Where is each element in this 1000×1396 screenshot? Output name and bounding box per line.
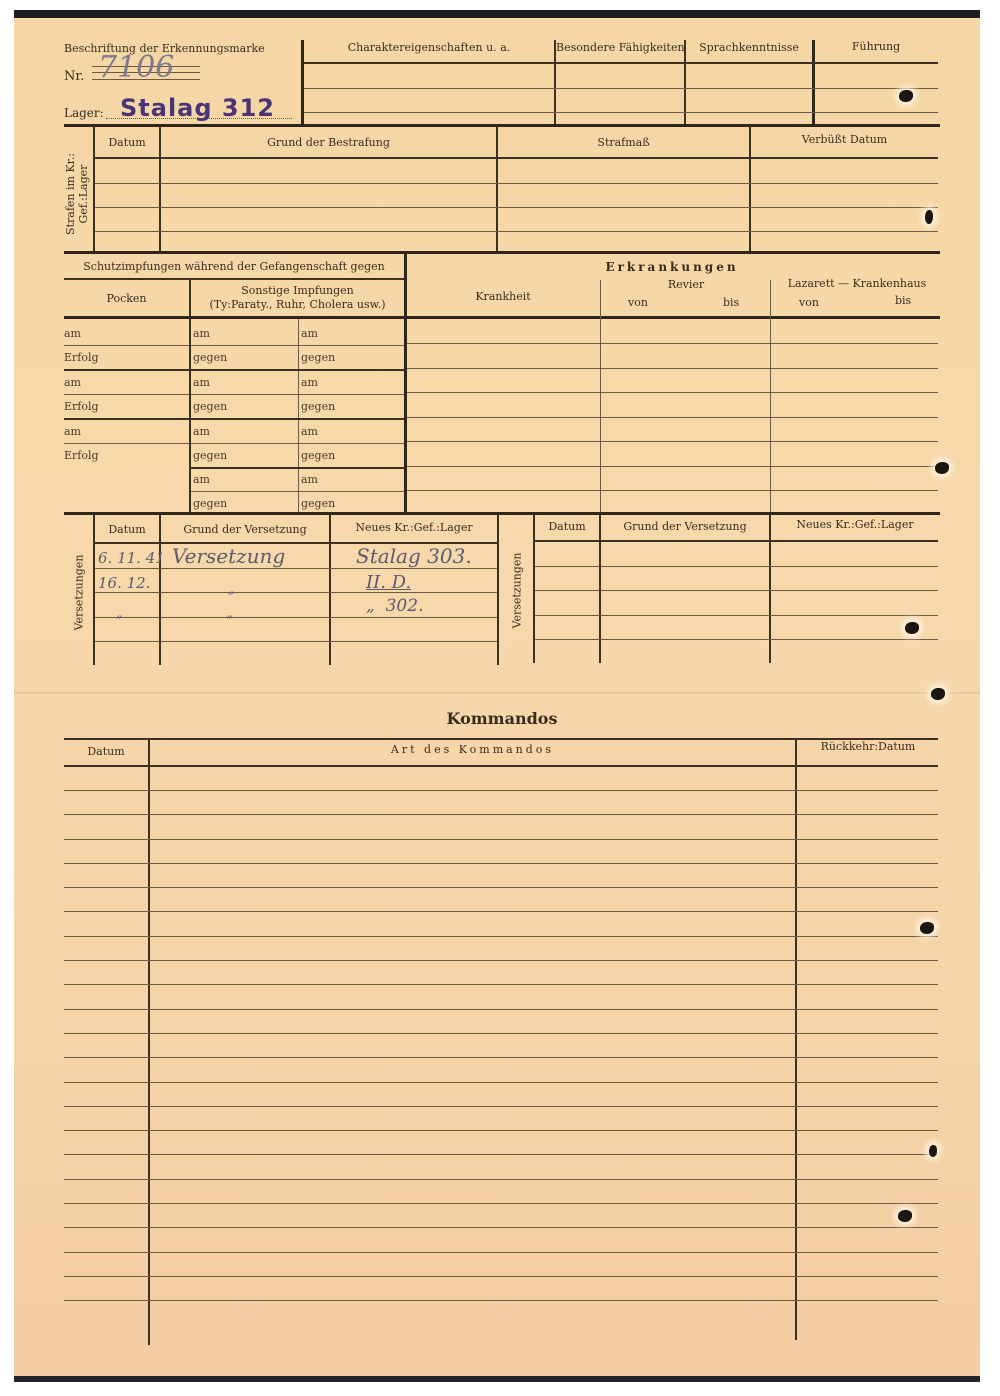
rule: [304, 88, 938, 89]
strafen-col-strafmass: Strafmaß: [498, 136, 749, 149]
revier-von: von: [628, 296, 648, 309]
erkrankungen-title: Erkrankungen: [406, 260, 938, 274]
rule: [535, 566, 938, 567]
revier-bis: bis: [723, 296, 739, 309]
divider: [159, 515, 161, 665]
kommandos-title: Kommandos: [64, 709, 940, 728]
kommandos-col-datum: Datum: [64, 745, 148, 758]
lager-label: Lager:: [64, 106, 104, 120]
kommandos-row-rule: [64, 863, 938, 864]
versetzungen-col-lager-left: Neues Kr.:Gef.:Lager: [331, 521, 497, 534]
header-col-sprachen: Sprachkenntnisse: [686, 41, 812, 54]
rule: [95, 207, 938, 208]
sonstige-r1-a: am: [193, 327, 210, 340]
impfungen-col-sonstige-1: Sonstige Impfungen: [191, 284, 404, 297]
versetzung-2-lager: II. D.: [366, 572, 411, 593]
versetzungen-col-grund-left: Grund der Versetzung: [161, 523, 329, 536]
sonstige-r4-b: gegen: [301, 400, 335, 413]
rule: [191, 394, 404, 395]
kommandos-row-rule: [64, 911, 938, 912]
versetzung-1-lager: Stalag 303.: [356, 544, 472, 568]
rule: [191, 418, 404, 420]
kommandos-row-rule: [64, 1203, 938, 1204]
kommandos-col-art: Art des Kommandos: [150, 743, 795, 756]
kommandos-row-rule: [64, 1106, 938, 1107]
versetzungen-side-label-left: Versetzungen: [73, 543, 86, 643]
strafen-side-label-1: Strafen im Kr.:: [64, 153, 77, 235]
versetzungen-col-datum-left: Datum: [95, 523, 159, 536]
rule: [64, 278, 406, 280]
divider: [769, 515, 771, 663]
rule: [535, 639, 938, 640]
kommandos-row-rule: [64, 1009, 938, 1010]
punch-hole: [905, 622, 919, 634]
divider: [329, 515, 331, 665]
lazarett-bis: bis: [895, 294, 911, 307]
pocken-row-2: Erfolg: [64, 351, 99, 364]
lager-stamp: Stalag 312: [120, 94, 275, 122]
erkrankungen-col-lazarett: Lazarett — Krankenhaus: [772, 277, 942, 290]
strafen-col-verbuesst: Verbüßt Datum: [751, 133, 938, 146]
kommandos-row-rule: [64, 1300, 938, 1301]
lazarett-von: von: [799, 296, 819, 309]
header-col-faehigkeiten: Besondere Fähigkeiten: [556, 41, 684, 54]
rule: [407, 392, 938, 393]
nr-value: 7106: [98, 50, 174, 85]
divider: [770, 280, 771, 512]
versetzungen-col-grund-right: Grund der Versetzung: [601, 520, 769, 533]
rule: [64, 345, 189, 346]
sonstige-r5-a: am: [193, 425, 210, 438]
erkrankungen-col-revier: Revier: [602, 278, 770, 291]
rule: [407, 343, 938, 344]
rule: [95, 617, 497, 618]
rule: [191, 491, 404, 492]
kommandos-row-rule: [64, 1227, 938, 1228]
pocken-row-3: am: [64, 376, 81, 389]
versetzung-2-grund: „: [228, 582, 235, 597]
rule: [64, 765, 938, 767]
impfungen-title: Schutzimpfungen während der Gefangenscha…: [64, 260, 404, 273]
rule: [304, 112, 938, 113]
rule: [95, 183, 938, 184]
punch-hole: [925, 210, 933, 224]
kommandos-row-rule: [64, 1130, 938, 1131]
impfungen-col-sonstige-2: (Ty:Paraty., Ruhr, Cholera usw.): [191, 298, 404, 311]
rule: [191, 369, 404, 371]
kommandos-row-rule: [64, 1252, 938, 1253]
strafen-side-label-2: Gef.:Lager: [77, 165, 90, 224]
punch-hole: [920, 922, 934, 934]
paper-fold: [14, 692, 980, 694]
impfungen-col-pocken: Pocken: [64, 292, 189, 305]
kommandos-row-rule: [64, 960, 938, 961]
kommandos-row-rule: [64, 1179, 938, 1180]
sonstige-r4-a: gegen: [193, 400, 227, 413]
sonstige-r8-a: gegen: [193, 497, 227, 510]
rule: [64, 394, 189, 395]
versetzung-1-grund: Versetzung: [172, 544, 285, 568]
rule: [64, 443, 189, 444]
divider: [600, 280, 601, 512]
rule: [64, 512, 940, 515]
strafen-col-grund: Grund der Bestrafung: [161, 136, 496, 149]
divider: [93, 515, 95, 665]
sonstige-r5-b: am: [301, 425, 318, 438]
punch-hole: [898, 1210, 912, 1222]
kommandos-row-rule: [64, 1082, 938, 1083]
kommandos-row-rule: [64, 790, 938, 791]
sonstige-r2-b: gegen: [301, 351, 335, 364]
rule: [95, 592, 497, 593]
rule: [535, 615, 938, 616]
sonstige-r6-b: gegen: [301, 449, 335, 462]
sonstige-r3-b: am: [301, 376, 318, 389]
rule: [64, 124, 940, 127]
sonstige-r7-b: am: [301, 473, 318, 486]
kommandos-row-rule: [64, 1057, 938, 1058]
divider: [599, 515, 601, 663]
rule: [407, 368, 938, 369]
strafen-side-label: Strafen im Kr.: Gef.:Lager: [64, 139, 90, 249]
kommandos-row-rule: [64, 984, 938, 985]
nr-label: Nr.: [64, 69, 84, 84]
rule: [64, 316, 940, 319]
sonstige-r1-b: am: [301, 327, 318, 340]
sonstige-r3-a: am: [193, 376, 210, 389]
rule: [407, 490, 938, 491]
pocken-row-1: am: [64, 327, 81, 340]
strafen-col-datum: Datum: [95, 136, 159, 149]
divider: [533, 515, 535, 663]
rule: [191, 467, 404, 469]
rule: [95, 157, 938, 159]
punch-hole: [935, 462, 949, 474]
pocken-row-4: Erfolg: [64, 400, 99, 413]
kommandos-row-rule: [64, 1033, 938, 1034]
versetzung-2-datum: 16. 12.: [98, 574, 150, 592]
rule: [95, 231, 938, 232]
sonstige-r8-b: gegen: [301, 497, 335, 510]
pocken-row-6: Erfolg: [64, 449, 99, 462]
punch-hole: [899, 90, 913, 102]
rule: [64, 251, 940, 254]
kommandos-col-rueckkehr: Rückkehr:Datum: [797, 740, 939, 753]
divider: [298, 318, 299, 514]
sonstige-r6-a: gegen: [193, 449, 227, 462]
kommandos-row-rule: [64, 839, 938, 840]
rule: [304, 62, 938, 64]
divider: [497, 515, 499, 665]
header-col-fuehrung: Führung: [815, 40, 937, 53]
erkrankungen-col-krankheit: Krankheit: [406, 290, 600, 303]
header-col-charakter: Charaktereigenschaften u. a.: [304, 41, 554, 54]
divider: [148, 740, 150, 1345]
kommandos-row-rule: [64, 936, 938, 937]
rule: [535, 590, 938, 591]
rule: [407, 417, 938, 418]
divider: [795, 740, 797, 1340]
versetzung-3-datum: „: [116, 606, 123, 621]
rule: [64, 418, 189, 420]
versetzung-3-grund: „: [226, 606, 233, 621]
punch-hole: [929, 1145, 937, 1157]
rule: [407, 466, 938, 467]
rule: [407, 441, 938, 442]
rule: [95, 568, 497, 569]
rule: [191, 443, 404, 444]
sonstige-r7-a: am: [193, 473, 210, 486]
kommandos-row-rule: [64, 1276, 938, 1277]
punch-hole: [931, 688, 945, 700]
versetzung-3-lager: „ 302.: [366, 596, 423, 616]
kommandos-row-rule: [64, 1154, 938, 1155]
kommandos-row-rule: [64, 814, 938, 815]
pocken-row-5: am: [64, 425, 81, 438]
rule: [95, 641, 497, 642]
versetzungen-col-datum-right: Datum: [535, 520, 599, 533]
versetzung-1-datum: 6. 11. 41: [98, 549, 165, 567]
rule: [64, 369, 189, 371]
kommandos-row-rule: [64, 887, 938, 888]
rule: [535, 540, 938, 542]
versetzungen-side-label-right: Versetzungen: [511, 541, 524, 641]
sonstige-r2-a: gegen: [193, 351, 227, 364]
rule: [191, 345, 404, 346]
versetzungen-col-lager-right: Neues Kr.:Gef.:Lager: [771, 518, 939, 531]
